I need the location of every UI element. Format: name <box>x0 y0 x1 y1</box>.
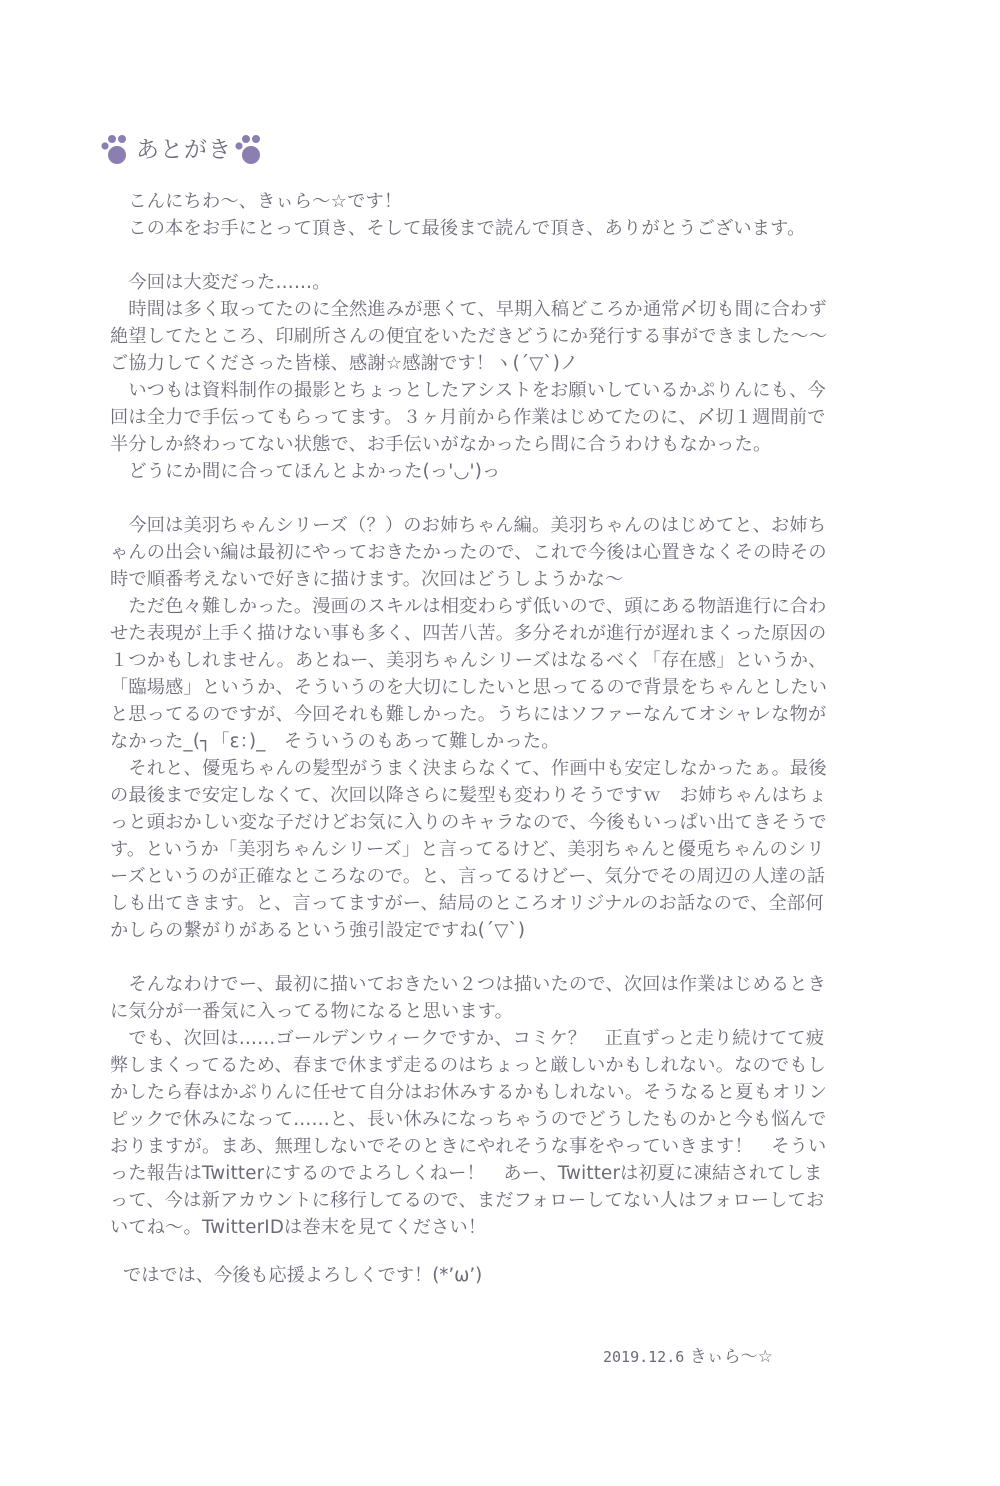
text-line: す。というか「美羽ちゃんシリーズ」と言ってるけど、美羽ちゃんと優兎ちゃんのシリ <box>110 836 850 863</box>
text-line: どうにか間に合ってほんとよかった(っ'◡')っ <box>110 458 850 485</box>
afterword-body: こんにちわ〜、きぃら〜☆です！ この本をお手にとって頂き、そして最後まで読んで頂… <box>110 188 850 1241</box>
text-line: ご協力してくださった皆様、感謝☆感謝です！ヽ(´▽`)ノ <box>110 350 850 377</box>
text-line: かしらの繋がりがあるという強引設定ですね(´▽`) <box>110 917 850 944</box>
signature: 2019.12.6 きぃら〜☆ <box>603 1345 773 1369</box>
paragraph-gap <box>110 242 850 269</box>
text-line: ピックで休みになって……と、長い休みになっちゃうのでどうしたものかと今も悩んで <box>110 1106 850 1133</box>
text-line: かしたら春はかぷりんに任せて自分はお休みするかもしれない。そうなると夏もオリン <box>110 1079 850 1106</box>
text-line: せた表現が上手く描けない事も多く、四苦八苦。多分それが進行が遅れまくった原因の <box>110 620 850 647</box>
text-line: 絶望してたところ、印刷所さんの便宜をいただきどうにか発行する事ができました〜〜 <box>110 323 850 350</box>
text-line: いてね〜。TwitterIDは巻末を見てください！ <box>110 1214 850 1241</box>
signature-date: 2019.12.6 <box>603 1348 684 1366</box>
text-line: おりますが。まあ、無理しないでそのときにやれそうな事をやっていきます！ そうい <box>110 1133 850 1160</box>
text-line: ただ色々難しかった。漫画のスキルは相変わらず低いので、頭にある物語進行に合わ <box>110 593 850 620</box>
text-line: なかった_(┐「ε：)_ そういうのもあって難しかった。 <box>110 728 850 755</box>
text-line: そんなわけでー、最初に描いておきたい２つは描いたので、次回は作業はじめるとき <box>110 971 850 998</box>
text-line: しも出てきます。と、言ってますがー、結局のところオリジナルのお話なので、全部何 <box>110 890 850 917</box>
text-line: それと、優兎ちゃんの髪型がうまく決まらなくて、作画中も安定しなかったぁ。最後 <box>110 755 850 782</box>
text-line: の最後まで安定しなくて、次回以降さらに髪型も変わりそうですｗ お姉ちゃんはちょ <box>110 782 850 809</box>
text-line: この本をお手にとって頂き、そして最後まで読んで頂き、ありがとうございます。 <box>110 215 850 242</box>
signature-author: きぃら〜☆ <box>690 1347 773 1367</box>
text-line: と思ってるのですが、今回それも難しかった。うちにはソファーなんてオシャレな物が <box>110 701 850 728</box>
text-line: 「臨場感」というか、そういうのを大切にしたいと思ってるので背景をちゃんとしたい <box>110 674 850 701</box>
text-line: 回は全力で手伝ってもらってます。３ヶ月前から作業はじめてたのに、〆切１週間前で <box>110 404 850 431</box>
paragraph-gap <box>110 485 850 512</box>
text-line: いつもは資料制作の撮影とちょっとしたアシストをお願いしているかぷりんにも、今 <box>110 377 850 404</box>
text-line: ーズというのが正確なところなので。と、言ってるけどー、気分でその周辺の人達の話 <box>110 863 850 890</box>
text-line: 今回は大変だった……。 <box>110 269 850 296</box>
paragraph-gap <box>110 944 850 971</box>
paw-icon <box>100 133 134 167</box>
text-line: １つかもしれません。あとねー、美羽ちゃんシリーズはなるべく「存在感」というか、 <box>110 647 850 674</box>
text-line: 今回は美羽ちゃんシリーズ（？）のお姉ちゃん編。美羽ちゃんのはじめてと、お姉ち <box>110 512 850 539</box>
text-line: に気分が一番気に入ってる物になると思います。 <box>110 998 850 1025</box>
text-line: 半分しか終わってない状態で、お手伝いがなかったら間に合うわけもなかった。 <box>110 431 850 458</box>
paw-icon <box>234 133 268 167</box>
closing-line: ではでは、今後も応援よろしくです！(*’ω’) <box>123 1262 482 1289</box>
text-line: こんにちわ〜、きぃら〜☆です！ <box>110 188 850 215</box>
text-line: 時で順番考えないで好きに描けます。次回はどうしようかな〜 <box>110 566 850 593</box>
text-line: 弊しまくってるため、春まで休まず走るのはちょっと厳しいかもしれない。なのでもし <box>110 1052 850 1079</box>
text-line: でも、次回は……ゴールデンウィークですか、コミケ？ 正直ずっと走り続けてて疲 <box>110 1025 850 1052</box>
page-title: あとがき <box>136 133 232 167</box>
text-line: って、今は新アカウントに移行してるので、まだフォローしてない人はフォローしてお <box>110 1187 850 1214</box>
afterword-heading: あとがき <box>100 130 268 170</box>
text-line: ゃんの出会い編は最初にやっておきたかったので、これで今後は心置きなくその時その <box>110 539 850 566</box>
text-line: った報告はTwitterにするのでよろしくねー！ あー、Twitterは初夏に凍… <box>110 1160 850 1187</box>
text-line: っと頭おかしい変な子だけどお気に入りのキャラなので、今後もいっぱい出てきそうで <box>110 809 850 836</box>
text-line: 時間は多く取ってたのに全然進みが悪くて、早期入稿どころか通常〆切も間に合わず <box>110 296 850 323</box>
afterword-page: あとがき こんにちわ〜、きぃら〜☆です！ この本をお手にとって頂き、そして最後ま… <box>0 0 1000 1486</box>
